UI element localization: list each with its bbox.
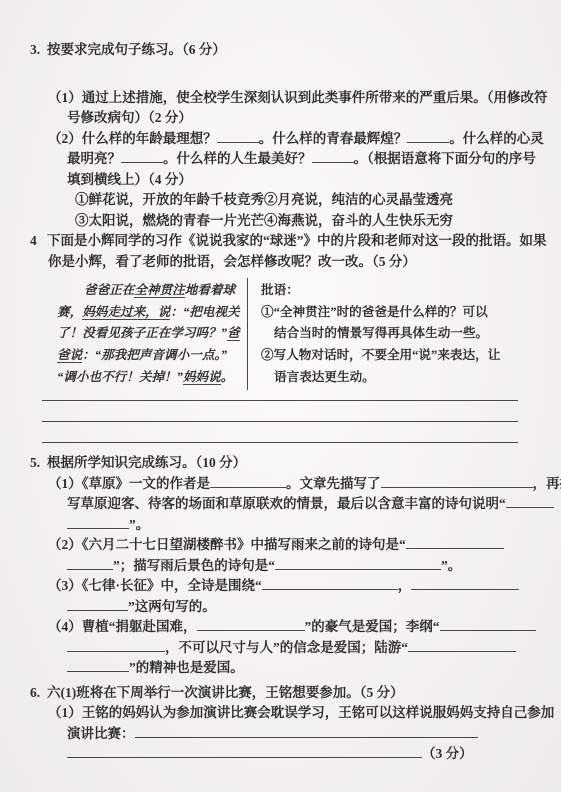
text-line: （2）什么样的年龄最理想？。什么样的青春最辉煌？。什么样的心灵 <box>48 129 535 150</box>
text-segment: 爸爸正在 <box>84 283 134 297</box>
text-segment: 最明亮？ <box>67 151 121 166</box>
text-segment: ，不可以尺寸与人”的信念是爱国；陆游“ <box>165 640 408 655</box>
text-segment: 。（根据语意将下面分句的序号 <box>354 151 536 166</box>
question-6: 6. 六(1)班将在下周举行一次演讲比赛，王铭想要参加。（5 分） （1）王铭的… <box>30 683 535 765</box>
blank-line <box>408 638 516 652</box>
question-4: 4 下面是小辉同学的习作《说说我家的“球迷”》中的片段和老师对这一段的批语。如果… <box>30 231 535 443</box>
text-line: 你是小辉，看了老师的批语，会怎样修改呢？改一改。（5 分） <box>48 252 535 273</box>
comment-line: ②写人物对话时，不要全用“说”来表达，让 <box>261 345 535 367</box>
text-segment: （2）《六月二十七日望湖楼醉书》中描写雨来之前的诗句是“ <box>48 537 406 552</box>
question-title: 下面是小辉同学的习作《说说我家的“球迷”》中的片段和老师对这一段的批语。如果 <box>47 231 547 252</box>
option-item: ④海燕说，奋斗的人生快乐无穷 <box>264 211 453 232</box>
comment-title: 批语： <box>261 280 535 302</box>
question-3: 3. 按要求完成句子练习。（6 分） （1）通过上述措施，使全校学生深刻认识到此… <box>30 40 535 231</box>
text-segment: ”。 <box>129 517 149 532</box>
text-segment: （3 分） <box>422 746 473 761</box>
blank-line <box>210 474 286 488</box>
essay-line: 爸爸正在全神贯注地看着球 <box>57 280 241 302</box>
essay-line: “调小也不行！关掉！”妈妈说。 <box>57 367 241 389</box>
blank-line <box>275 556 441 570</box>
question-number: 3. <box>30 40 47 61</box>
underlined-text: 爸说 <box>57 348 82 363</box>
text-segment: ”的精神也是爱国。 <box>129 660 244 675</box>
essay-line: 爸说：“那我把声音调小一点。” <box>57 345 241 367</box>
text-segment: 地看着球 <box>185 283 235 297</box>
text-segment: ”的豪气是爱国；李纲“ <box>305 619 440 634</box>
blank-line <box>67 556 113 570</box>
text-line: 号修改病句）（2 分） <box>67 108 535 129</box>
blank-line <box>135 724 478 738</box>
blank-line <box>67 744 422 758</box>
blank-line <box>197 617 305 631</box>
blank-line <box>67 515 129 529</box>
text-segment: 演讲比赛： <box>67 726 135 741</box>
question-number: 6. <box>30 683 47 704</box>
blank-line <box>381 474 533 488</box>
answer-line <box>42 392 518 401</box>
blank-line <box>121 149 163 163</box>
question-title: 根据所学知识完成练习。（10 分） <box>47 453 246 474</box>
text-segment: 。什么样的青春最辉煌？ <box>259 131 408 146</box>
text-segment: （3）《七律·长征》中，全诗是围绕“ <box>48 578 262 593</box>
text-line: ”。 <box>67 515 535 536</box>
text-segment: ”。 <box>441 558 461 573</box>
option-item: ②月亮说，纯洁的心灵晶莹透亮 <box>264 190 453 211</box>
text-line: 填到横线上）（4 分） <box>67 170 535 191</box>
blank-line <box>67 597 128 611</box>
question-6-header: 6. 六(1)班将在下周举行一次演讲比赛，王铭想要参加。（5 分） <box>30 683 535 704</box>
blank-line <box>312 149 354 163</box>
text-segment: 。什么样的人生最美好？ <box>163 151 312 166</box>
text-line: （1）王铭的妈妈认为参加演讲比赛会耽误学习，王铭可以这样说服妈妈支持自己参加 <box>48 703 535 724</box>
text-segment: 。 <box>221 370 234 384</box>
blank-line <box>506 494 554 508</box>
comment-line: 语言表达更生动。 <box>274 367 535 389</box>
text-segment: ，再描 <box>533 476 561 491</box>
text-segment: 。文章先描写了 <box>286 476 381 491</box>
text-segment: （4）曹植“捐躯赴国难， <box>48 619 197 634</box>
text-segment: （1）王铭的妈妈认为参加演讲比赛会耽误学习，王铭可以这样说服妈妈支持自己参加 <box>48 705 554 720</box>
essay-review-box: 爸爸正在全神贯注地看着球 赛，妈妈走过来，说：“把电视关 了！没看见孩子正在学习… <box>57 278 535 390</box>
text-segment: ， <box>398 578 412 593</box>
text-segment: 写草原迎客、待客的场面和草原联欢的情景，最后以含意丰富的诗句说明“ <box>67 496 506 511</box>
text-segment: （1）《草原》一文的作者是 <box>48 476 210 491</box>
underlined-text: 爸 <box>227 326 240 341</box>
text-line: 演讲比赛： <box>67 724 535 745</box>
blank-line <box>67 638 165 652</box>
question-5-header: 5. 根据所学知识完成练习。（10 分） <box>30 453 535 474</box>
answer-line <box>42 401 518 422</box>
text-segment: ：“把电视关 <box>170 305 239 319</box>
text-line: ，不可以尺寸与人”的信念是爱国；陆游“ <box>67 638 535 659</box>
text-line: （1）通过上述措施，使全校学生深刻认识到此类事件所带来的严重后果。（用修改符 <box>48 88 535 109</box>
comment-line: 结合当时的情景写得再具体生动一些。 <box>274 323 535 345</box>
text-line: （3）《七律·长征》中，全诗是围绕“， <box>48 576 535 597</box>
essay-line: 赛，妈妈走过来，说：“把电视关 <box>57 302 241 324</box>
underlined-text: 全神贯注 <box>134 283 184 298</box>
option-row: ③太阳说，燃烧的青春一片光芒 ④海燕说，奋斗的人生快乐无穷 <box>75 211 535 232</box>
blank-line <box>440 617 536 631</box>
text-segment: 赛， <box>57 305 82 319</box>
blank-line <box>411 576 519 590</box>
option-item: ①鲜花说，开放的年龄千枝竞秀 <box>75 190 264 211</box>
text-line: （4）曹植“捐躯赴国难，”的豪气是爱国；李纲“ <box>48 617 535 638</box>
text-segment: ”这两句写的。 <box>128 599 216 614</box>
blank-line <box>406 535 504 549</box>
essay-line: 了！没看见孩子正在学习吗？”爸 <box>57 323 241 345</box>
text-segment: 填到横线上）（4 分） <box>67 172 192 187</box>
text-line: ”这两句写的。 <box>67 597 535 618</box>
text-segment: ：“那我把声音调小一点。” <box>82 348 227 362</box>
text-segment: 号修改病句）（2 分） <box>67 110 192 125</box>
text-line: ”的精神也是爱国。 <box>67 658 535 679</box>
blank-line <box>67 658 129 672</box>
question-3-header: 3. 按要求完成句子练习。（6 分） <box>30 40 535 61</box>
option-item: ③太阳说，燃烧的青春一片光芒 <box>75 211 264 232</box>
teacher-comment: 批语： ①“全神贯注”时的爸爸是什么样的？可以 结合当时的情景写得再具体生动一些… <box>247 278 535 390</box>
question-number: 5. <box>30 453 47 474</box>
question-title: 按要求完成句子练习。（6 分） <box>47 40 226 61</box>
question-4-header: 4 下面是小辉同学的习作《说说我家的“球迷”》中的片段和老师对这一段的批语。如果 <box>30 231 535 252</box>
question-5: 5. 根据所学知识完成练习。（10 分） （1）《草原》一文的作者是。文章先描写… <box>30 453 535 679</box>
question-title: 六(1)班将在下周举行一次演讲比赛，王铭想要参加。（5 分） <box>47 683 404 704</box>
text-segment: 。什么样的心灵 <box>449 131 544 146</box>
underlined-text: 妈妈走过来，说 <box>82 305 170 320</box>
blank-line <box>407 129 449 143</box>
underlined-text: 妈妈说 <box>183 370 221 385</box>
comment-line: ①“全神贯注”时的爸爸是什么样的？可以 <box>261 302 535 324</box>
text-line: （1）《草原》一文的作者是。文章先描写了，再描 <box>48 474 535 495</box>
question-number: 4 <box>30 231 47 252</box>
text-line: （2）《六月二十七日望湖楼醉书》中描写雨来之前的诗句是“ <box>48 535 535 556</box>
text-line: ”；描写雨后景色的诗句是“”。 <box>67 556 535 577</box>
worksheet-page: 3. 按要求完成句子练习。（6 分） （1）通过上述措施，使全校学生深刻认识到此… <box>0 0 561 792</box>
text-line: 写草原迎客、待客的场面和草原联欢的情景，最后以含意丰富的诗句说明“ <box>67 494 535 515</box>
text-segment: （1）通过上述措施，使全校学生深刻认识到此类事件所带来的严重后果。（用修改符 <box>48 90 548 105</box>
answer-line <box>42 422 518 443</box>
blank-line <box>217 129 259 143</box>
text-segment: （2）什么样的年龄最理想？ <box>48 131 217 146</box>
text-segment: “调小也不行！关掉！” <box>57 370 183 384</box>
text-segment: ”；描写雨后景色的诗句是“ <box>113 558 275 573</box>
text-segment: 了！没看见孩子正在学习吗？” <box>57 326 227 340</box>
option-row: ①鲜花说，开放的年龄千枝竞秀 ②月亮说，纯洁的心灵晶莹透亮 <box>75 190 535 211</box>
blank-line <box>262 576 398 590</box>
essay-excerpt: 爸爸正在全神贯注地看着球 赛，妈妈走过来，说：“把电视关 了！没看见孩子正在学习… <box>57 278 247 390</box>
text-line: （3 分） <box>67 744 535 765</box>
text-line: 最明亮？。什么样的人生最美好？。（根据语意将下面分句的序号 <box>67 149 535 170</box>
